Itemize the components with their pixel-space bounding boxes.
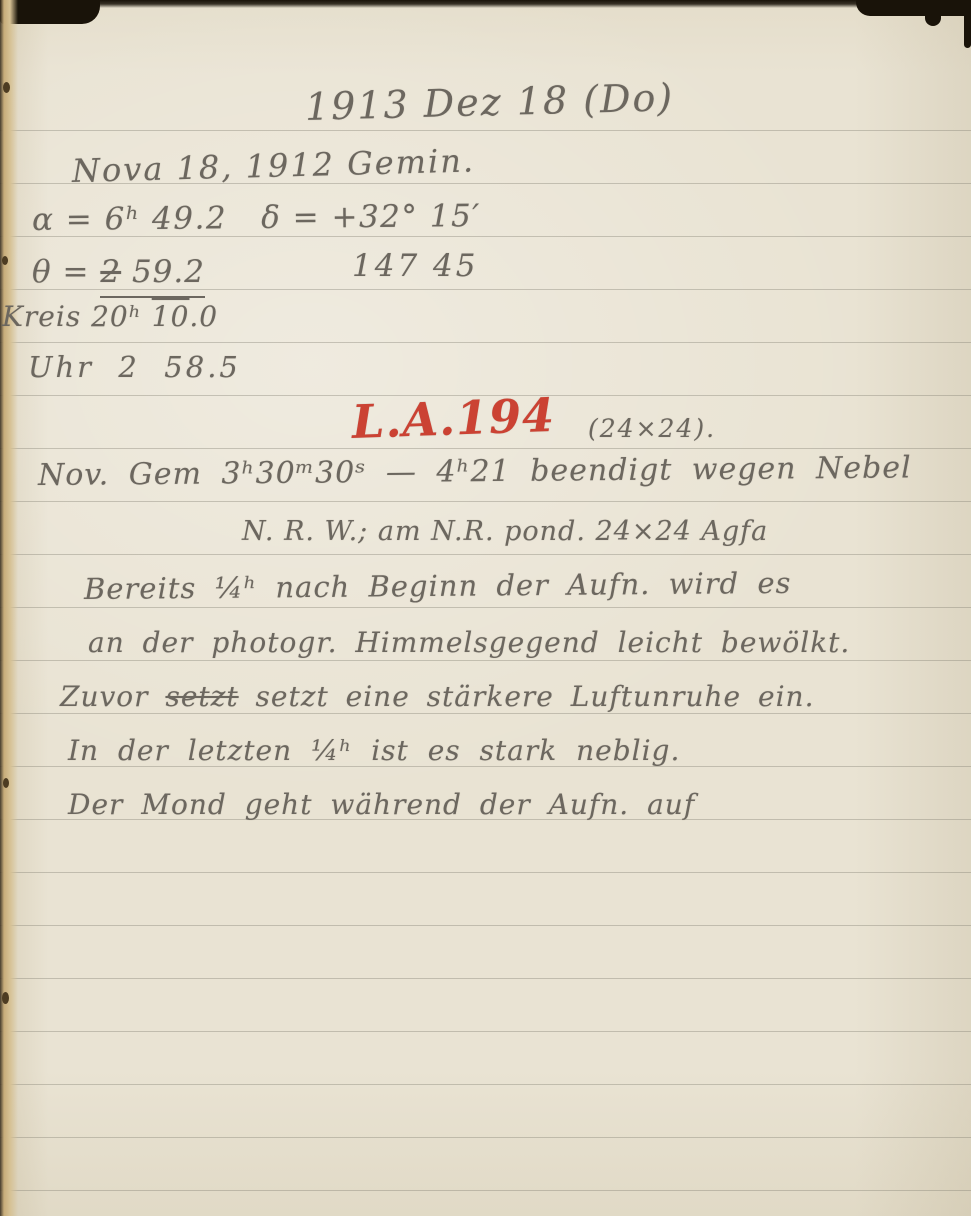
handwriting-segment: (24×24). [588, 414, 716, 443]
handwriting-segment: Uhr 2 58.5 [28, 350, 241, 384]
plate-number: L.A.194 [351, 391, 556, 446]
plate-info-line: N. R. W.; am N.R. pond. 24×24 Agfa [242, 518, 768, 546]
handwriting-segment: Nov. Gem 3ʰ30ᵐ30ˢ — 4ʰ21 beendigt wegen … [38, 450, 912, 493]
note-line-4: In der letzten ¼ʰ ist es stark neblig. [68, 736, 680, 765]
uhr-line: Uhr 2 58.5 [28, 352, 241, 382]
handwriting-segment: 147 45 [352, 248, 478, 284]
handwriting-segment: setzt eine stärkere Luftunruhe ein. [239, 680, 815, 713]
handwriting-segment: .0 [189, 300, 218, 333]
plate-format: (24×24). [588, 416, 716, 442]
handwriting-segment: Bereits ¼ʰ nach Beginn der Aufn. wird es [84, 566, 792, 606]
exposure-line: Nov. Gem 3ʰ30ᵐ30ˢ — 4ʰ21 beendigt wegen … [38, 452, 912, 491]
note-line-2: an der photogr. Himmelsgegend leicht bew… [88, 628, 850, 657]
date-heading: 1913 Dez 18 (Do) [304, 78, 674, 128]
handwriting-segment: In der letzten ¼ʰ ist es stark neblig. [68, 734, 680, 767]
handwriting-segment: 2 [100, 254, 121, 298]
note-line-5: Der Mond geht während der Aufn. auf [68, 790, 695, 819]
coordinates-line: α = 6ʰ 49.2 δ = +32° 15′ [32, 200, 481, 236]
note-line-1: Bereits ¼ʰ nach Beginn der Aufn. wird es [84, 568, 792, 605]
handwriting-layer: 1913 Dez 18 (Do)Nova 18, 1912 Gemin.α = … [0, 0, 971, 1216]
angle-values: 147 45 [352, 250, 478, 283]
handwriting-segment: L.A.194 [351, 388, 556, 449]
handwriting-segment: an der photogr. Himmelsgegend leicht bew… [88, 626, 850, 659]
handwriting-segment: 59.2 [121, 254, 205, 298]
kreis-line: Kreis 20ʰ 10.0 [2, 302, 218, 331]
handwriting-segment: N. R. W.; am N.R. pond. 24×24 Agfa [242, 516, 768, 547]
handwriting-segment: α = 6ʰ 49.2 δ = +32° 15′ [32, 198, 481, 238]
handwriting-segment: Zuvor [60, 680, 165, 713]
handwriting-segment: Kreis 20ʰ [2, 300, 152, 333]
theta-line: θ = 2 59.2 [32, 256, 205, 289]
handwriting-segment: Nova 18, 1912 Gemin. [71, 141, 475, 190]
object-name-line: Nova 18, 1912 Gemin. [72, 144, 476, 188]
notebook-page: 1913 Dez 18 (Do)Nova 18, 1912 Gemin.α = … [0, 0, 971, 1216]
handwriting-segment: setzt [165, 680, 238, 713]
note-line-3: Zuvor setzt setzt eine stärkere Luftunru… [60, 682, 814, 711]
handwriting-segment: 10 [152, 300, 190, 333]
handwriting-segment: 1913 Dez 18 (Do) [304, 75, 674, 129]
handwriting-segment: Der Mond geht während der Aufn. auf [68, 788, 695, 821]
handwriting-segment: θ = [32, 254, 100, 290]
